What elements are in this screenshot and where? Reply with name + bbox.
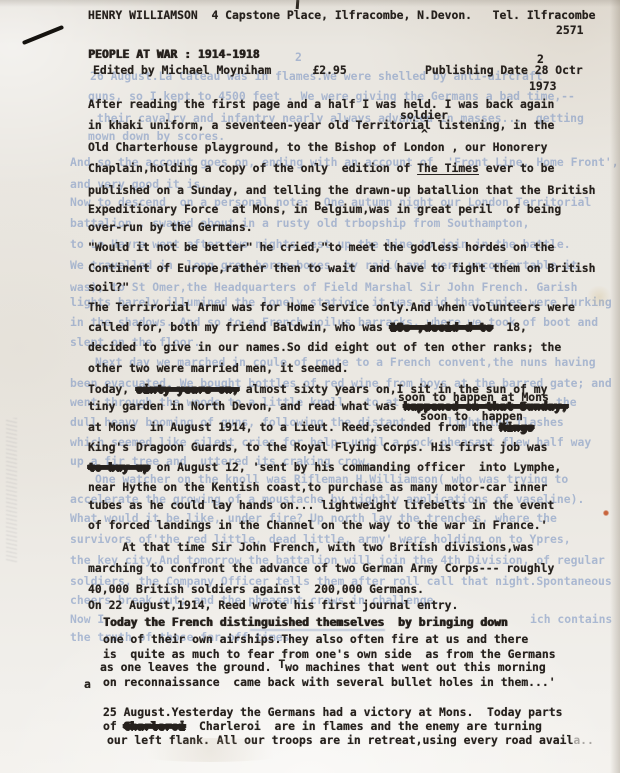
typed-text: 2571 [556, 23, 583, 37]
typed-line: tubes as he could lay hands on... lightw… [88, 499, 554, 512]
struck-out-text: to buy up [88, 460, 150, 474]
typed-text: a.. [573, 733, 594, 747]
typed-text: one of their own airships.They also ofte… [103, 632, 528, 646]
typed-text: King's Dragoon Guards, to the Royal Flyi… [88, 440, 547, 454]
typed-text: tubes as he could lay hands on... lightw… [88, 498, 554, 512]
typed-text: of [103, 719, 124, 733]
typed-text: T [278, 657, 285, 671]
typed-line: at Mons in August 1914, to a Lieut. Reed… [88, 421, 534, 434]
typed-text: on August 12, 'sent by his commanding of… [150, 460, 561, 474]
typed-line: called for, both my friend Baldwin, who … [88, 321, 527, 334]
typed-text: published on a Sunday, and telling the d… [88, 183, 595, 197]
typed-text: other two were married men, it seemed. [88, 361, 349, 375]
typed-line: on reconnaissance came back with several… [103, 676, 556, 689]
typed-line: of forced landings in the Channel on the… [88, 519, 547, 532]
typed-line: soil?" [88, 281, 129, 294]
typed-line: On 22 August,1914, Reed wrote his first … [88, 599, 458, 612]
typed-text: Continent of Europe,rather then to wait … [88, 261, 595, 275]
typed-line: marching to confront the advance of two … [88, 562, 554, 575]
typed-line: Chaplain,holding a copy of the only edit… [88, 162, 554, 175]
typed-text: ^ [421, 127, 428, 141]
edited-by-and-price: Edited by Michael Moyniham £2.95 [93, 64, 347, 77]
typed-text: of forced landings in the Channel on the… [88, 518, 547, 532]
margin-correction-a: a [84, 678, 91, 691]
typed-text: as one leaves the ground. [100, 660, 278, 674]
typed-line: King's Dragoon Guards, to the Royal Flyi… [88, 441, 547, 454]
typed-line: Today the French distinguished themselve… [103, 616, 508, 629]
paper-smudge [120, 738, 300, 762]
typed-text: wo machines that went out this morning [285, 660, 546, 674]
typed-line: 25 August.Yesterday the Germans had a vi… [103, 706, 562, 719]
typed-line: over-run by the Germans. [88, 221, 253, 234]
typed-line: Continent of Europe,rather then to wait … [88, 262, 595, 275]
title: PEOPLE AT WAR : 1914-1918 [88, 48, 259, 61]
typed-line: At that time Sir John French, with two B… [88, 541, 534, 554]
typed-text: on reconnaissance came back with several… [103, 675, 556, 689]
typed-text: Chaplain,holding a copy of the only edit… [88, 161, 417, 175]
date-superscript: 2 [537, 53, 544, 66]
typed-line: Expeditionary Force at Mons, in Belgium,… [88, 203, 561, 216]
paper-edge-top [0, 0, 620, 7]
typed-text: 2 [537, 52, 544, 66]
typed-line: as one leaves the ground. Two machines t… [100, 661, 546, 674]
typed-text: over-run by the Germans. [88, 220, 253, 234]
typed-text: Expeditionary Force at Mons, in [88, 202, 314, 216]
typed-line: "Would it not be better" he cried,"to me… [88, 241, 554, 254]
typed-text: soil?" [88, 280, 129, 294]
typed-text: Charleroi are in flames and the enemy ar… [185, 719, 542, 733]
typed-text: 25 August.Yesterday the Germans had a vi… [103, 705, 562, 719]
typed-text: The Terrirorial Armu was for Home Servic… [88, 300, 575, 314]
typed-text: Today the French distinguished themselve… [103, 615, 508, 629]
typed-line: 40,000 British soldiers against 200,000 … [88, 583, 424, 596]
typed-text: 18, [493, 320, 527, 334]
typed-text: is quite as much to fear from one's own … [103, 647, 556, 661]
typed-text: in khaki uniform, a seventeen-year old T… [88, 118, 554, 132]
typed-line: near Hythe on the Kentish coast,to purch… [88, 481, 547, 494]
typed-line: After reading the first page and a half … [88, 98, 554, 111]
typed-text: The Times [417, 161, 479, 175]
publishing-year: 1973 [529, 80, 556, 93]
struck-out-text: sixty years on, [136, 382, 239, 396]
struck-out-text: 18s ,decid d to [390, 320, 493, 334]
typed-text: Today, [88, 382, 136, 396]
typed-text: near Hythe on the Kentish coast,to purch… [88, 480, 547, 494]
typed-text: After reading the first page and a half … [88, 97, 554, 111]
typed-text: Publishing Date 28 Octr [425, 63, 583, 77]
typed-line: in khaki uniform, a seventeen-year old T… [88, 119, 554, 132]
typed-text: At that time Sir John French, with two B… [88, 540, 534, 554]
typed-text: PEOPLE AT WAR : 1914-1918 [88, 47, 259, 61]
typed-line: one of their own airships.They also ofte… [103, 633, 528, 646]
typed-line: other two were married men, it seemed. [88, 362, 349, 375]
typed-text: 40,000 British soldiers against 200,000 … [88, 582, 424, 596]
typed-text: marching to confront the advance of two … [88, 561, 554, 575]
typed-text: elgium,was in great peril of being [321, 202, 561, 216]
typed-text: Old Charterhouse playground, to the Bish… [88, 140, 547, 154]
typed-text: a [84, 677, 91, 691]
letterhead: HENRY WILLIAMSON 4 Capstone Place, Ilfra… [88, 9, 595, 22]
paper-edge-right [610, 0, 620, 773]
typed-text: Edited by Michael Moyniham £2.95 [93, 63, 347, 77]
typed-line: published on a Sunday, and telling the d… [88, 184, 595, 197]
typed-text: ever to be [479, 161, 554, 175]
typed-line: of Charleroi Charleroi are in flames and… [103, 720, 542, 733]
typed-line: to buy up on August 12, 'sent by his com… [88, 461, 561, 474]
publishing-date: Publishing Date 28 Octr [425, 64, 583, 77]
typed-text: B [314, 199, 321, 213]
typed-text: tiny garden in North Devon, and read wha… [88, 399, 403, 413]
margin-scribble [6, 418, 17, 563]
typed-text: HENRY WILLIAMSON 4 Capstone Place, Ilfra… [88, 8, 595, 22]
orange-stain [603, 510, 609, 516]
typed-line: decided to give in our names.So did eigh… [88, 341, 561, 354]
typed-line: The Terrirorial Armu was for Home Servic… [88, 301, 575, 314]
typed-line: Old Charterhouse playground, to the Bish… [88, 141, 547, 154]
typed-text: called for, both my friend Baldwin, who … [88, 320, 390, 334]
typed-text-layer: HENRY WILLIAMSON 4 Capstone Place, Ilfra… [0, 0, 620, 773]
typed-text: soldier [400, 108, 448, 122]
typed-text: "Would it not be better" he cried,"to me… [88, 240, 554, 254]
typescript-page: 226 August.La Cateau was in flames.We we… [0, 0, 620, 773]
struck-out-text: Kings [499, 420, 533, 434]
letterhead-phone: 2571 [556, 24, 583, 37]
typed-text: decided to give in our names.So did eigh… [88, 340, 561, 354]
insertion-soldier: soldier [400, 109, 448, 122]
struck-out-text: Charleroi [124, 719, 186, 733]
typed-text: 1973 [529, 79, 556, 93]
paper-stain [586, 286, 612, 308]
typed-text: at Mons in August 1914, to a Lieut. Reed… [88, 420, 499, 434]
typed-text: On 22 August,1914, Reed wrote his first … [88, 598, 458, 612]
